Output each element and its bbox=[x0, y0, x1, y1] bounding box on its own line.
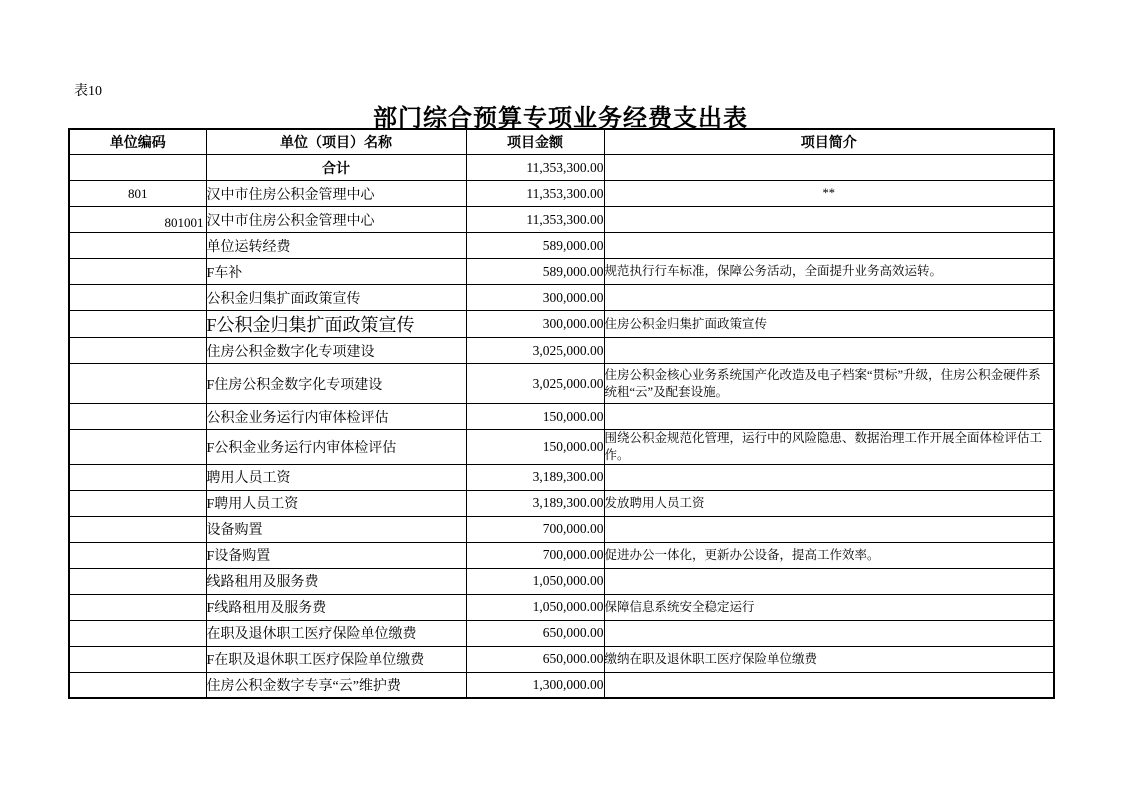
cell-unit-name: 单位运转经费 bbox=[206, 233, 466, 259]
cell-description: 缴纳在职及退休职工医疗保险单位缴费 bbox=[604, 646, 1054, 672]
cell-amount: 11,353,300.00 bbox=[466, 181, 604, 207]
cell-unit-name: 设备购置 bbox=[206, 516, 466, 542]
cell-amount: 1,050,000.00 bbox=[466, 568, 604, 594]
table-row: 设备购置 700,000.00 bbox=[69, 516, 1054, 542]
cell-unit-code bbox=[69, 464, 206, 490]
cell-unit-name: F在职及退休职工医疗保险单位缴费 bbox=[206, 646, 466, 672]
cell-unit-code bbox=[69, 404, 206, 430]
table-row: F聘用人员工资 3,189,300.00 发放聘用人员工资 bbox=[69, 490, 1054, 516]
table-row: 801 汉中市住房公积金管理中心 11,353,300.00 ** bbox=[69, 181, 1054, 207]
cell-unit-code bbox=[69, 672, 206, 698]
table-row: 单位运转经费 589,000.00 bbox=[69, 233, 1054, 259]
table-row: F公积金归集扩面政策宣传 300,000.00 住房公积金归集扩面政策宣传 bbox=[69, 311, 1054, 338]
table-row: F住房公积金数字化专项建设 3,025,000.00 住房公积金核心业务系统国产… bbox=[69, 364, 1054, 404]
cell-amount: 3,189,300.00 bbox=[466, 490, 604, 516]
cell-description: 促进办公一体化，更新办公设备，提高工作效率。 bbox=[604, 542, 1054, 568]
cell-description bbox=[604, 155, 1054, 181]
cell-amount: 589,000.00 bbox=[466, 259, 604, 285]
table-row: 线路租用及服务费 1,050,000.00 bbox=[69, 568, 1054, 594]
cell-description bbox=[604, 207, 1054, 233]
cell-description bbox=[604, 672, 1054, 698]
cell-unit-code bbox=[69, 155, 206, 181]
table-row: F设备购置 700,000.00 促进办公一体化，更新办公设备，提高工作效率。 bbox=[69, 542, 1054, 568]
table-body: 合计 11,353,300.00 801 汉中市住房公积金管理中心 11,353… bbox=[69, 155, 1054, 699]
table-row: 公积金业务运行内审体检评估 150,000.00 bbox=[69, 404, 1054, 430]
cell-unit-name: 公积金业务运行内审体检评估 bbox=[206, 404, 466, 430]
cell-unit-code bbox=[69, 490, 206, 516]
cell-description bbox=[604, 233, 1054, 259]
cell-amount: 589,000.00 bbox=[466, 233, 604, 259]
cell-description: 规范执行行车标准，保障公务活动，全面提升业务高效运转。 bbox=[604, 259, 1054, 285]
table-row: 801001 汉中市住房公积金管理中心 11,353,300.00 bbox=[69, 207, 1054, 233]
cell-amount: 3,025,000.00 bbox=[466, 364, 604, 404]
header-unit-name: 单位（项目）名称 bbox=[206, 129, 466, 155]
header-unit-code: 单位编码 bbox=[69, 129, 206, 155]
cell-unit-code bbox=[69, 542, 206, 568]
cell-description: 住房公积金归集扩面政策宣传 bbox=[604, 311, 1054, 338]
cell-unit-name: F车补 bbox=[206, 259, 466, 285]
cell-unit-code bbox=[69, 338, 206, 364]
cell-amount: 1,050,000.00 bbox=[466, 594, 604, 620]
cell-description: ** bbox=[604, 181, 1054, 207]
table-row: 在职及退休职工医疗保险单位缴费 650,000.00 bbox=[69, 620, 1054, 646]
cell-amount: 1,300,000.00 bbox=[466, 672, 604, 698]
cell-amount: 700,000.00 bbox=[466, 516, 604, 542]
cell-amount: 11,353,300.00 bbox=[466, 207, 604, 233]
cell-unit-name: 汉中市住房公积金管理中心 bbox=[206, 181, 466, 207]
cell-amount: 3,025,000.00 bbox=[466, 338, 604, 364]
cell-description bbox=[604, 568, 1054, 594]
cell-description bbox=[604, 338, 1054, 364]
cell-unit-code bbox=[69, 430, 206, 465]
table-row: 公积金归集扩面政策宣传 300,000.00 bbox=[69, 285, 1054, 311]
cell-unit-name: 住房公积金数字化专项建设 bbox=[206, 338, 466, 364]
cell-unit-name: 汉中市住房公积金管理中心 bbox=[206, 207, 466, 233]
cell-unit-code bbox=[69, 311, 206, 338]
cell-unit-name: 线路租用及服务费 bbox=[206, 568, 466, 594]
cell-amount: 700,000.00 bbox=[466, 542, 604, 568]
cell-unit-name: F聘用人员工资 bbox=[206, 490, 466, 516]
header-description: 项目简介 bbox=[604, 129, 1054, 155]
cell-unit-name: 聘用人员工资 bbox=[206, 464, 466, 490]
cell-amount: 150,000.00 bbox=[466, 404, 604, 430]
cell-unit-code bbox=[69, 594, 206, 620]
cell-unit-name: 住房公积金数字专享“云”维护费 bbox=[206, 672, 466, 698]
cell-unit-name: F线路租用及服务费 bbox=[206, 594, 466, 620]
table-header-row: 单位编码 单位（项目）名称 项目金额 项目简介 bbox=[69, 129, 1054, 155]
cell-unit-name: F公积金业务运行内审体检评估 bbox=[206, 430, 466, 465]
cell-unit-name: F公积金归集扩面政策宣传 bbox=[206, 311, 466, 338]
table-row: 住房公积金数字化专项建设 3,025,000.00 bbox=[69, 338, 1054, 364]
cell-description bbox=[604, 620, 1054, 646]
cell-amount: 3,189,300.00 bbox=[466, 464, 604, 490]
budget-expense-table: 单位编码 单位（项目）名称 项目金额 项目简介 合计 11,353,300.00… bbox=[68, 128, 1055, 699]
cell-unit-code bbox=[69, 568, 206, 594]
table-row: 住房公积金数字专享“云”维护费 1,300,000.00 bbox=[69, 672, 1054, 698]
cell-unit-name: 在职及退休职工医疗保险单位缴费 bbox=[206, 620, 466, 646]
cell-unit-code bbox=[69, 516, 206, 542]
cell-amount: 300,000.00 bbox=[466, 285, 604, 311]
table-row: 合计 11,353,300.00 bbox=[69, 155, 1054, 181]
cell-unit-code bbox=[69, 259, 206, 285]
table-row: F车补 589,000.00 规范执行行车标准，保障公务活动，全面提升业务高效运… bbox=[69, 259, 1054, 285]
cell-unit-name: F设备购置 bbox=[206, 542, 466, 568]
cell-amount: 650,000.00 bbox=[466, 646, 604, 672]
cell-description bbox=[604, 516, 1054, 542]
cell-unit-code bbox=[69, 364, 206, 404]
cell-description bbox=[604, 404, 1054, 430]
cell-description: 保障信息系统安全稳定运行 bbox=[604, 594, 1054, 620]
sheet-tag: 表10 bbox=[74, 80, 102, 100]
cell-unit-code bbox=[69, 285, 206, 311]
cell-amount: 650,000.00 bbox=[466, 620, 604, 646]
table-row: 聘用人员工资 3,189,300.00 bbox=[69, 464, 1054, 490]
cell-unit-code: 801 bbox=[69, 181, 206, 207]
cell-unit-name: F住房公积金数字化专项建设 bbox=[206, 364, 466, 404]
cell-description: 发放聘用人员工资 bbox=[604, 490, 1054, 516]
cell-description: 住房公积金核心业务系统国产化改造及电子档案“贯标”升级，住房公积金硬件系统租“云… bbox=[604, 364, 1054, 404]
table-row: F公积金业务运行内审体检评估 150,000.00 围绕公积金规范化管理，运行中… bbox=[69, 430, 1054, 465]
document-page: 表10 部门综合预算专项业务经费支出表 单位编码 单位（项目）名称 项目金额 项… bbox=[0, 0, 1122, 793]
cell-description: 围绕公积金规范化管理，运行中的风险隐患、数据治理工作开展全面体检评估工作。 bbox=[604, 430, 1054, 465]
cell-unit-name: 公积金归集扩面政策宣传 bbox=[206, 285, 466, 311]
cell-amount: 150,000.00 bbox=[466, 430, 604, 465]
header-amount: 项目金额 bbox=[466, 129, 604, 155]
table-row: F在职及退休职工医疗保险单位缴费 650,000.00 缴纳在职及退休职工医疗保… bbox=[69, 646, 1054, 672]
cell-unit-code bbox=[69, 646, 206, 672]
cell-description bbox=[604, 285, 1054, 311]
cell-unit-code: 801001 bbox=[69, 207, 206, 233]
cell-unit-name: 合计 bbox=[206, 155, 466, 181]
table-row: F线路租用及服务费 1,050,000.00 保障信息系统安全稳定运行 bbox=[69, 594, 1054, 620]
cell-amount: 11,353,300.00 bbox=[466, 155, 604, 181]
cell-description bbox=[604, 464, 1054, 490]
cell-unit-code bbox=[69, 233, 206, 259]
cell-unit-code bbox=[69, 620, 206, 646]
cell-amount: 300,000.00 bbox=[466, 311, 604, 338]
